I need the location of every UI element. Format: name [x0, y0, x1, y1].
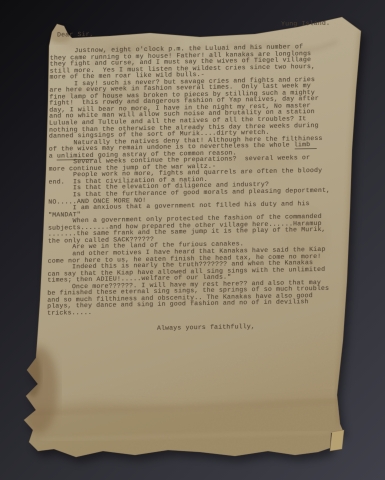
foxing-spot [283, 210, 327, 270]
foxing-spot [224, 146, 296, 174]
photo-background: Yung Island. Dear Sir, Justnow, eight o'… [0, 0, 385, 480]
foxing-spot [100, 84, 160, 116]
left-edge-stain-dark [25, 353, 41, 397]
letter-paper [0, 0, 385, 480]
folded-corner-tab [330, 430, 344, 451]
top-edge-stain [60, 36, 180, 52]
foxing-spot [136, 252, 224, 288]
